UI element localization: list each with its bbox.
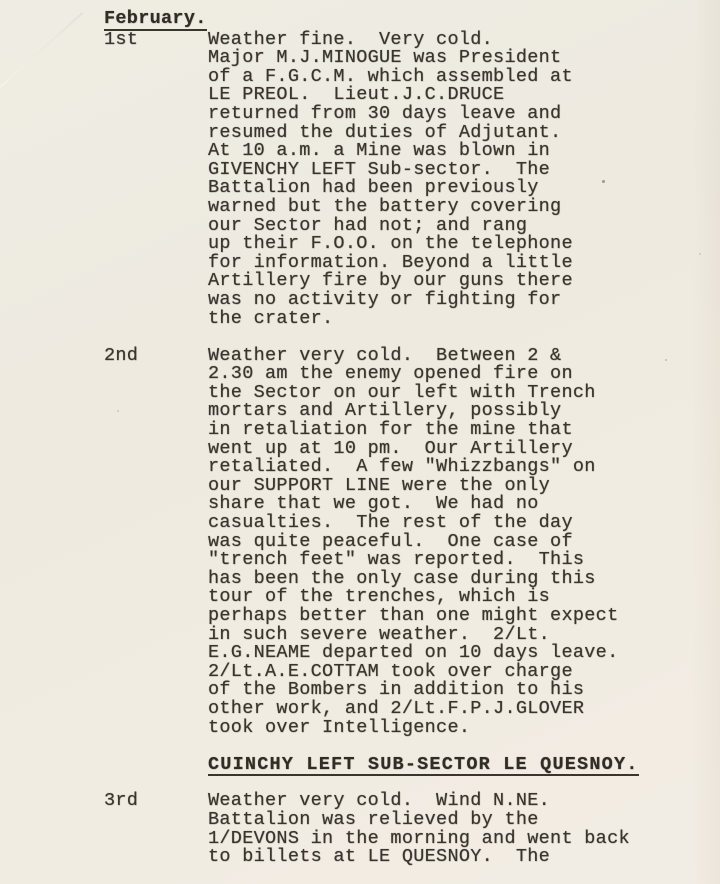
paper-corner-crease	[0, 12, 83, 94]
entry-day-label: 3rd	[104, 792, 208, 811]
entry-day-label: 2nd	[104, 347, 208, 366]
section-heading: CUINCHY LEFT SUB-SECTOR LE QUESNOY.	[208, 756, 639, 777]
month-heading: February.	[104, 10, 207, 31]
entry-body-text: Weather very cold. Wind N.NE. Battalion …	[208, 792, 630, 866]
diary-entry: 3rd Weather very cold. Wind N.NE. Battal…	[104, 792, 720, 866]
section-heading-row: CUINCHY LEFT SUB-SECTOR LE QUESNOY.	[208, 756, 720, 777]
diary-page: February. 1st Weather fine. Very cold. M…	[0, 0, 720, 884]
diary-entry: 1st Weather fine. Very cold. Major M.J.M…	[104, 31, 720, 329]
entry-body-text: Weather very cold. Between 2 & 2.30 am t…	[208, 347, 618, 737]
month-heading-row: February.	[104, 10, 720, 31]
entry-day-label: 1st	[104, 31, 208, 50]
diary-entry: 2nd Weather very cold. Between 2 & 2.30 …	[104, 347, 720, 737]
entry-body-text: Weather fine. Very cold. Major M.J.MINOG…	[208, 31, 573, 329]
